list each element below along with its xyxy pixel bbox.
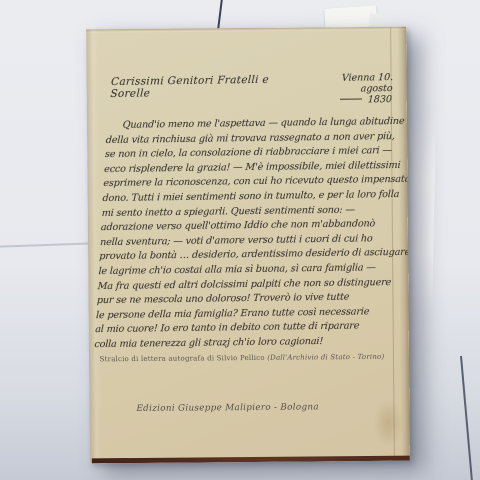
caption-source: (Dall'Archivio di Stato - Torino) [267,353,384,362]
letter-salutation: Carissimi Genitori Fratelli e Sorelle [108,73,309,100]
dateline-year: 1830 [339,94,392,106]
book-top-edge [86,27,406,34]
table-edge-line [460,356,473,480]
facsimile-caption: Stralcio di lettera autografa di Silvio … [89,353,395,364]
handwritten-letter: Carissimi Genitori Fratelli e Sorelle Vi… [94,72,408,353]
cable-line [217,0,223,30]
book-back-cover: Carissimi Genitori Fratelli e Sorelle Vi… [86,27,410,464]
background-reflection [406,118,435,313]
letter-body: Quand'io meno me l'aspettava — quando la… [94,115,405,353]
letter-line: colla mia tenerezza gli strazj ch'io lor… [94,334,393,353]
publisher-imprint: Edizioni Giuseppe Malipiero - Bologna [136,402,319,414]
board-bottom-edge [92,456,410,464]
backdrop-seam [0,242,92,247]
letter-dateline: Vienna 10. agosto 1830 [307,72,408,106]
book-photo: Carissimi Genitori Fratelli e Sorelle Vi… [0,0,480,480]
caption-text: Stralcio di lettera autografa di Silvio … [100,354,268,363]
dateline-place: Vienna 10. agosto [341,72,393,94]
jacket-stain [373,399,403,447]
letter-header: Carissimi Genitori Fratelli e Sorelle Vi… [108,72,408,109]
